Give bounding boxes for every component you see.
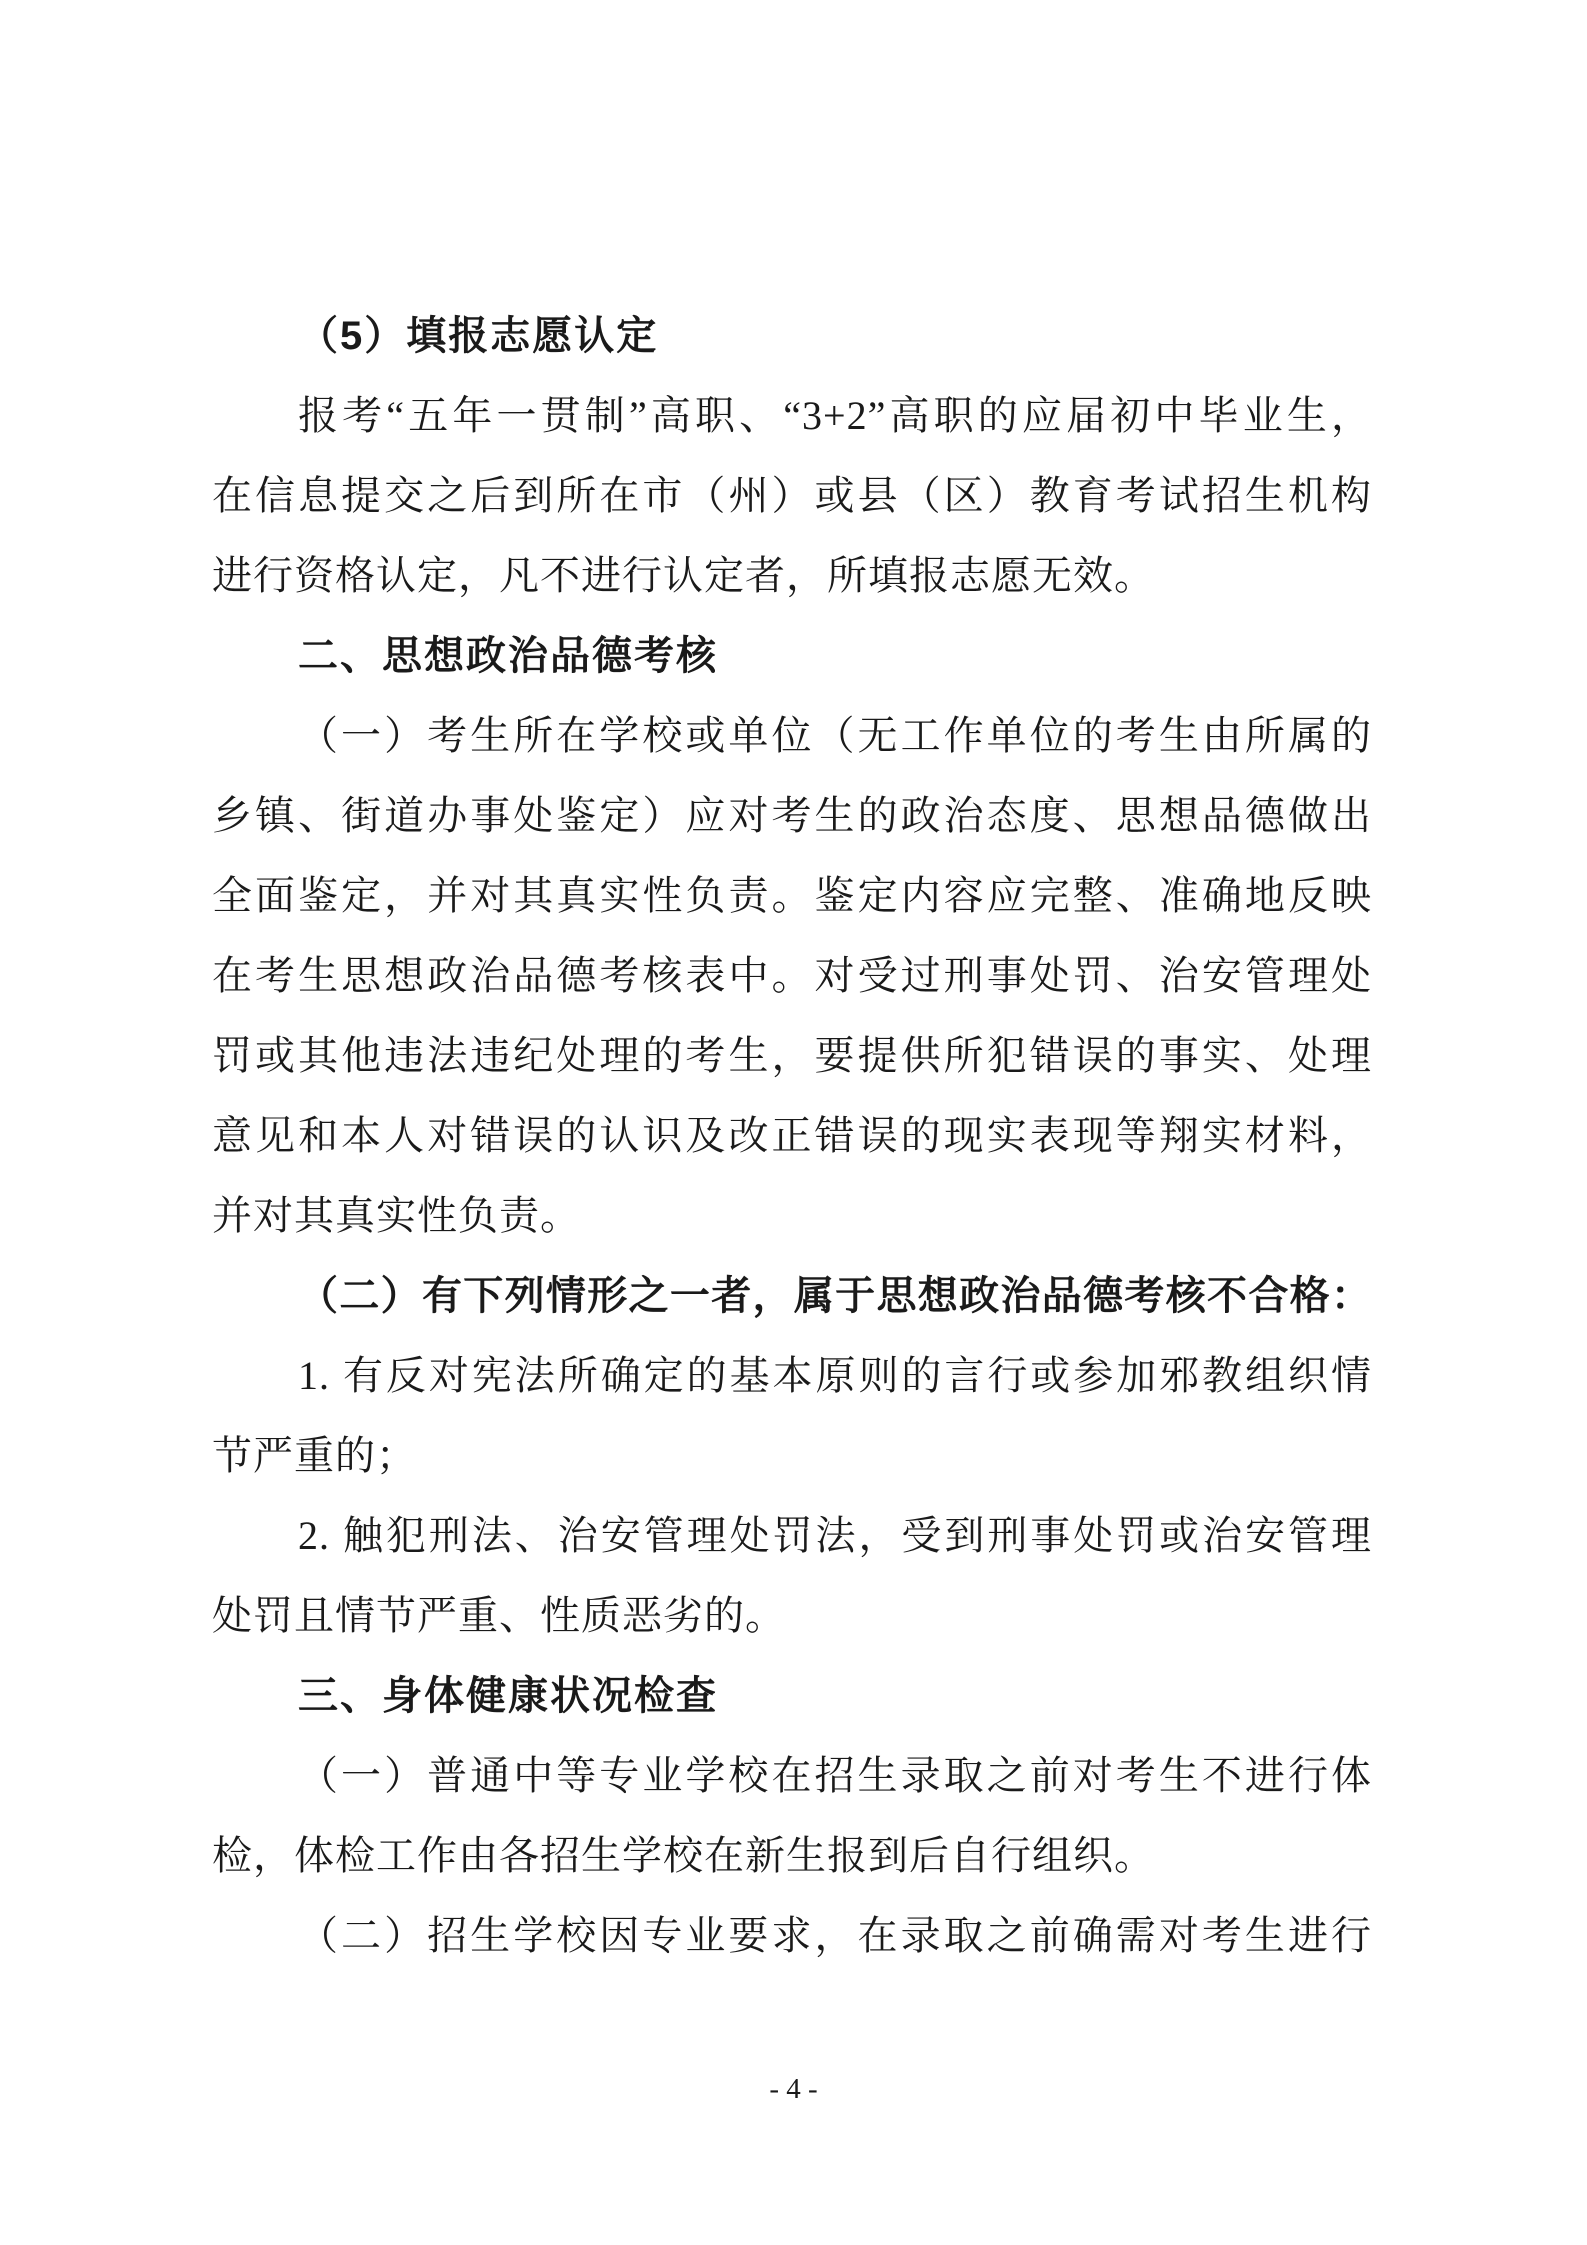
text-line: 进行资格认定，凡不进行认定者，所填报志愿无效。 — [212, 536, 1372, 616]
text-line: （二）有下列情形之一者，属于思想政治品德考核不合格： — [212, 1256, 1372, 1336]
text-line: 节严重的； — [212, 1416, 1372, 1496]
text-line: 乡镇、街道办事处鉴定）应对考生的政治态度、思想品德做出 — [212, 776, 1372, 856]
text-line: 并对其真实性负责。 — [212, 1176, 1372, 1256]
text-line: （一）考生所在学校或单位（无工作单位的考生由所属的 — [212, 696, 1372, 776]
text-line: （二）招生学校因专业要求，在录取之前确需对考生进行 — [212, 1896, 1372, 1976]
section-heading: 二、思想政治品德考核 — [212, 616, 1372, 696]
text-line: 报考“五年一贯制”高职、“3+2”高职的应届初中毕业生， — [212, 376, 1372, 456]
text-line: 1. 有反对宪法所确定的基本原则的言行或参加邪教组织情 — [212, 1336, 1372, 1416]
text-line: 2. 触犯刑法、治安管理处罚法，受到刑事处罚或治安管理 — [212, 1496, 1372, 1576]
text-line: （一）普通中等专业学校在招生录取之前对考生不进行体 — [212, 1736, 1372, 1816]
text-line: 全面鉴定，并对其真实性负责。鉴定内容应完整、准确地反映 — [212, 856, 1372, 936]
text-line: 在考生思想政治品德考核表中。对受过刑事处罚、治安管理处 — [212, 936, 1372, 1016]
text-line: 在信息提交之后到所在市（州）或县（区）教育考试招生机构 — [212, 456, 1372, 536]
text-line: 罚或其他违法违纪处理的考生，要提供所犯错误的事实、处理 — [212, 1016, 1372, 1096]
section-heading: （5）填报志愿认定 — [212, 296, 1372, 376]
document-page: （5）填报志愿认定报考“五年一贯制”高职、“3+2”高职的应届初中毕业生，在信息… — [0, 0, 1587, 2245]
section-heading: 三、身体健康状况检查 — [212, 1656, 1372, 1736]
page-number: - 4 - — [0, 2072, 1587, 2106]
text-line: 检，体检工作由各招生学校在新生报到后自行组织。 — [212, 1816, 1372, 1896]
text-line: 意见和本人对错误的认识及改正错误的现实表现等翔实材料， — [212, 1096, 1372, 1176]
document-body: （5）填报志愿认定报考“五年一贯制”高职、“3+2”高职的应届初中毕业生，在信息… — [212, 296, 1372, 1976]
text-line: 处罚且情节严重、性质恶劣的。 — [212, 1576, 1372, 1656]
